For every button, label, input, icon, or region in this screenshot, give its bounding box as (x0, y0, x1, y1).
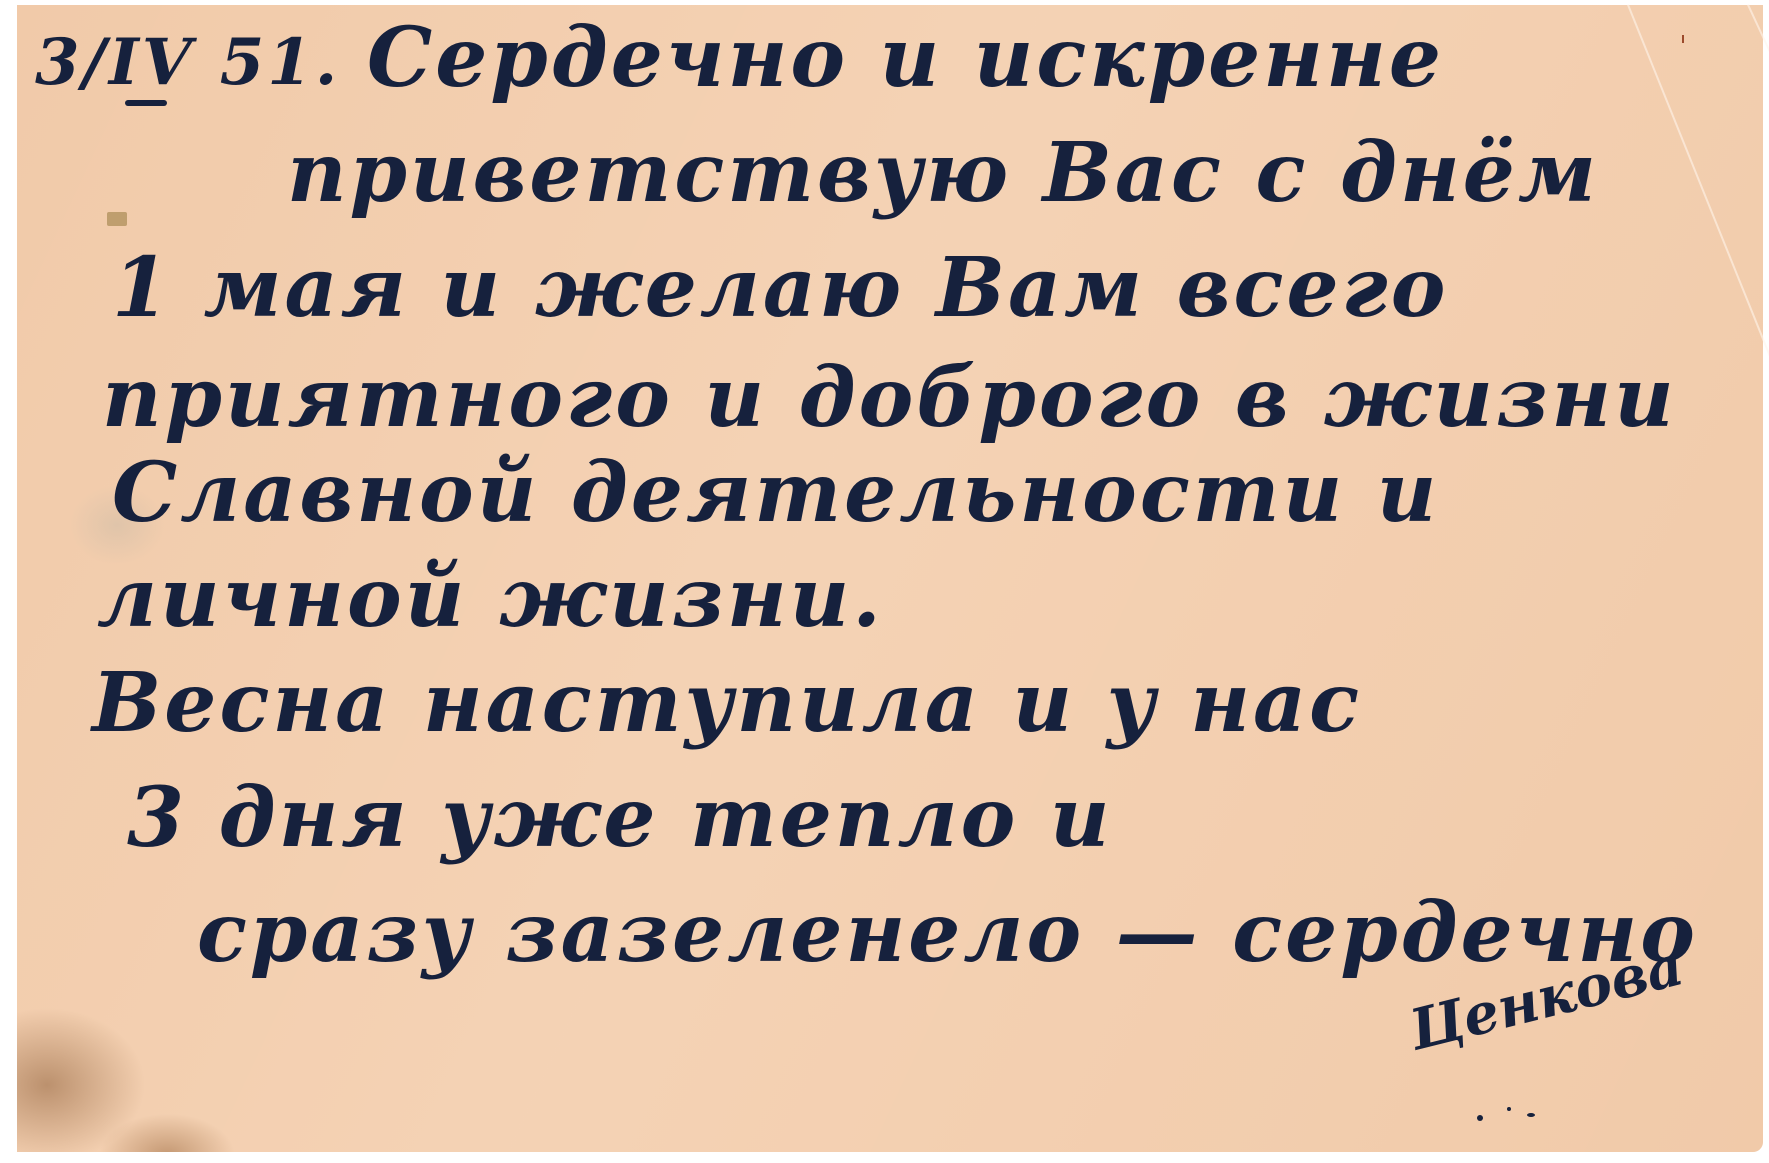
letter-line-5: Славной деятельности и (112, 445, 1439, 541)
letter-line-3: 1 мая и желаю Вам всего (112, 240, 1448, 336)
ink-spatter (1477, 1115, 1483, 1121)
paper-crease (1627, 4, 1769, 561)
postcard: 3/IV 51. Сердечно и искренне приветствую… (17, 5, 1763, 1152)
paper-speck (1682, 35, 1684, 43)
letter-date: 3/IV 51. (35, 25, 340, 100)
letter-line-8: 3 дня уже тепло и (127, 770, 1112, 866)
paper-crease (1747, 4, 1769, 240)
paper-stain (107, 212, 127, 226)
date-underline (125, 100, 167, 106)
letter-line-1: Сердечно и искренне (367, 10, 1444, 106)
letter-line-4: приятного и доброго в жизни (102, 350, 1677, 446)
letter-line-7: Весна наступила и у нас (92, 655, 1362, 751)
letter-line-2: приветствую Вас с днём (287, 125, 1599, 221)
letter-line-9: сразу зазеленело — сердечно (197, 885, 1698, 981)
ink-spatter (1507, 1107, 1511, 1111)
letter-line-6: личной жизни. (97, 550, 884, 646)
ink-spatter (1527, 1113, 1535, 1117)
